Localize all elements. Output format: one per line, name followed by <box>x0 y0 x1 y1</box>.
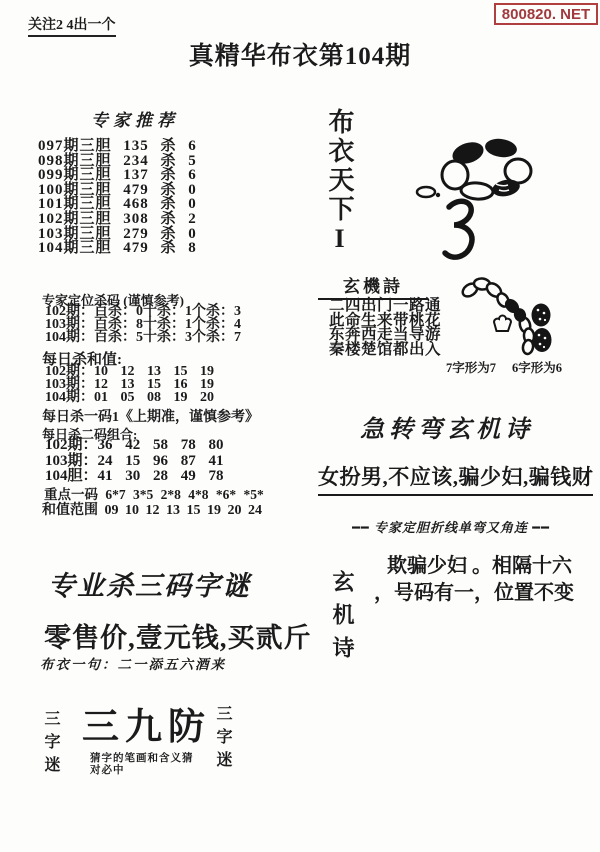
expert-divider: ━━ 专家定胆折线单弯又角连 ━━ <box>326 517 576 536</box>
daily-sum-row: 104期：01 05 08 19 20 <box>45 392 214 405</box>
cup-doodle <box>494 316 511 332</box>
recommend-row: 099期三胆 137 杀 6 <box>38 168 197 183</box>
sharp-turn-line: 女扮男,不应该,骗少妇,骗钱财 <box>318 461 593 496</box>
three-char-note-line2: 对必中 <box>90 765 194 777</box>
three-char-note-line1: 猜字的笔画和含义猜 <box>90 753 194 765</box>
three-char-main: 三九防 <box>82 696 211 750</box>
daily-kill-sum-list: 102期：10 12 13 15 19 103期：12 13 15 16 19 … <box>45 366 214 404</box>
mystic-poem-line: 秦楼楚馆都出入 <box>329 343 441 358</box>
buyi-sentence: 布衣一句：二一添五六酒来 <box>40 653 226 673</box>
shape-label-six: 6字形为6 <box>512 358 562 376</box>
recommend-row: 104期三胆 479 杀 8 <box>38 241 197 256</box>
wreath-doodle <box>395 115 595 275</box>
recommend-row: 097期三胆 135 杀 6 <box>38 139 197 154</box>
shape-label-seven: 7字形为7 <box>446 358 496 376</box>
two-code-row: 103期：24 15 96 87 41 <box>45 454 224 470</box>
sum-range-line: 和值范围 09 10 12 13 15 19 20 24 <box>42 499 262 519</box>
mystic-poem: 二四出门一路通 此命生来带桃花 东奔西走当导游 秦楼楚馆都出入 <box>329 299 441 357</box>
kill-position-row: 104期：百杀：5十杀：3个杀：7 <box>45 331 241 344</box>
bottom-poem-line2: ，号码有一，位置不变 <box>374 580 600 607</box>
expert-recommend-header: 专家推荐 <box>40 106 230 131</box>
expert-recommend-list: 097期三胆 135 杀 6 098期三胆 234 杀 5 099期三胆 137… <box>38 139 197 256</box>
riddle-line: 零售价,壹元钱,买贰斤 <box>44 616 312 655</box>
kill-position-list: 102期：百杀：0十杀：1个杀：3 103期：百杀：8十杀：1个杀：4 104期… <box>45 305 241 344</box>
follow-note: 关注2 4出一个 <box>28 14 116 37</box>
recommend-row: 098期三胆 234 杀 5 <box>38 154 197 169</box>
lottery-tip-sheet: 关注2 4出一个 800820. NET 真精华布衣第104期 专家推荐 097… <box>0 0 600 852</box>
site-badge: 800820. NET <box>494 3 598 25</box>
recommend-row: 101期三胆 468 杀 0 <box>38 197 197 212</box>
three-char-side-right: 三字迷 <box>211 705 234 774</box>
recommend-row: 102期三胆 308 杀 2 <box>38 212 197 227</box>
bottom-poem: 欺骗少妇 。相隔十六 ，号码有一，位置不变 <box>374 553 600 607</box>
recommend-row: 103期三胆 279 杀 0 <box>38 227 197 242</box>
daily-kill-one-line: 每日杀一码1《上期准，谨慎参考》 <box>42 406 259 426</box>
sharp-turn-header: 急转弯玄机诗 <box>360 409 534 444</box>
buyi-tianxia-title: 布衣天下I <box>321 108 358 256</box>
bottom-poem-line1: 欺骗少妇 。相隔十六 <box>387 553 600 580</box>
shape-labels: 7字形为7 6字形为6 <box>446 358 562 376</box>
two-code-list: 102期：36 42 58 78 80 103期：24 15 96 87 41 … <box>45 438 224 485</box>
chain-doodle <box>440 270 600 370</box>
three-char-side-left: 三字迷 <box>39 710 62 779</box>
number-3-doodle <box>445 201 472 257</box>
page-title: 真精华布衣第104期 <box>0 36 600 72</box>
three-char-note: 猜字的笔画和含义猜 对必中 <box>90 753 194 776</box>
riddle-title: 专业杀三码字谜 <box>48 564 251 603</box>
two-code-row: 102期：36 42 58 78 80 <box>45 438 224 454</box>
bottom-poem-title: 玄机诗 <box>327 570 358 669</box>
mystic-poem-header: 玄機詩 <box>318 272 428 300</box>
